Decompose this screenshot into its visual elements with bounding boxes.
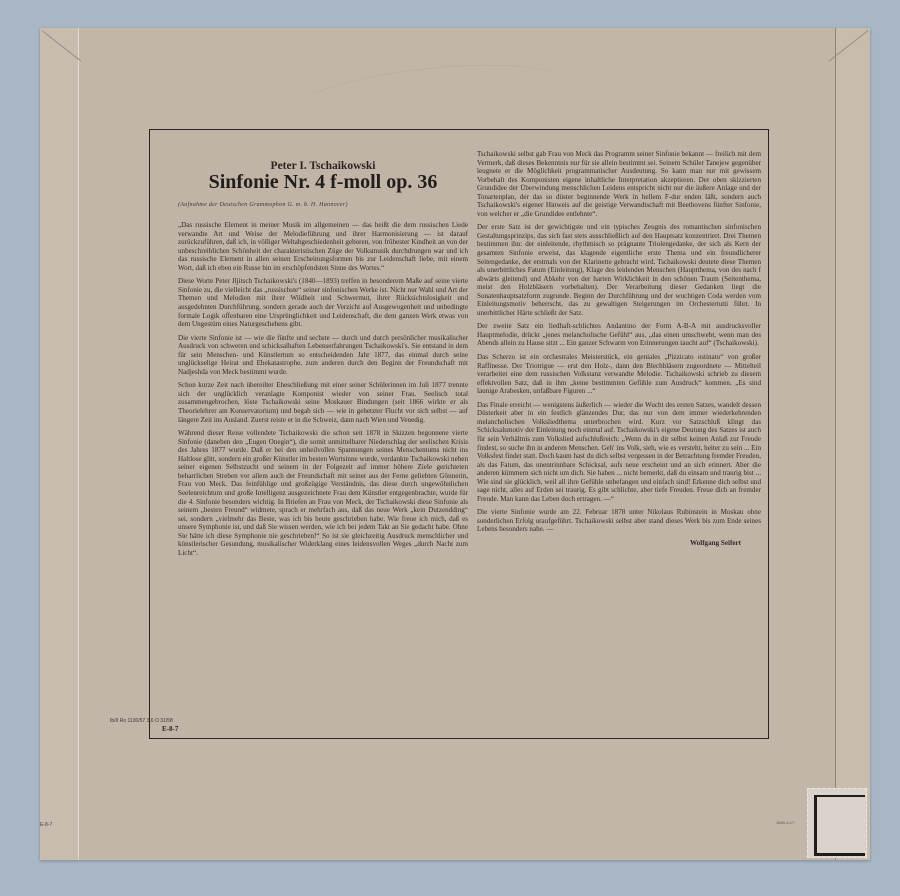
corner-sticker xyxy=(807,788,867,858)
sticker-frame-icon xyxy=(814,795,865,856)
record-sleeve-back: Peter I. Tschaikowski Sinfonie Nr. 4 f-m… xyxy=(40,28,870,860)
print-code-line: Ib/II Ro 1130/57 3,6 O 31/58 xyxy=(110,718,173,724)
author-signature: Wolfgang Seifert xyxy=(477,539,741,548)
paragraph: Das Scherzo ist ein orchestrales Meister… xyxy=(477,353,761,396)
paragraph: Die vierte Sinfonie wurde am 22. Februar… xyxy=(477,508,761,534)
right-flap xyxy=(835,28,870,860)
liner-notes-box: Peter I. Tschaikowski Sinfonie Nr. 4 f-m… xyxy=(149,129,769,739)
edge-mark-right: 1589-3-17 xyxy=(776,820,794,825)
paragraph: Während dieser Reise vollendete Tschaiko… xyxy=(178,429,468,557)
paragraph: Der zweite Satz ein liedhaft-schlichtes … xyxy=(477,322,761,348)
left-flap xyxy=(40,28,79,860)
composer-name: Peter I. Tschaikowski xyxy=(178,162,468,171)
work-title: Sinfonie Nr. 4 f-moll op. 36 xyxy=(178,171,468,193)
catalog-number: E-8-7 xyxy=(162,725,178,733)
paragraph: Das Finale erreicht — wenigstens äußerli… xyxy=(477,401,761,504)
right-column: Tschaikowski selbst gab Frau von Meck da… xyxy=(477,150,761,548)
paragraph: Diese Worte Peter Jljitsch Tschaikowski'… xyxy=(178,277,468,328)
paragraph: Der erste Satz ist der gewichtigste und … xyxy=(477,223,761,317)
paragraph: Schon kurze Zeit nach übereilter Eheschl… xyxy=(178,381,468,424)
paragraph: „Das russische Element in meiner Musik i… xyxy=(178,221,468,272)
left-column: Peter I. Tschaikowski Sinfonie Nr. 4 f-m… xyxy=(178,138,468,562)
paragraph: Die vierte Sinfonie ist — wie die fünfte… xyxy=(178,334,468,377)
edge-mark-left: E-8-7 xyxy=(40,822,52,828)
paragraph: Tschaikowski selbst gab Frau von Meck da… xyxy=(477,150,761,218)
recording-note: (Aufnahme der Deutschen Grammophon G. m.… xyxy=(178,201,468,210)
